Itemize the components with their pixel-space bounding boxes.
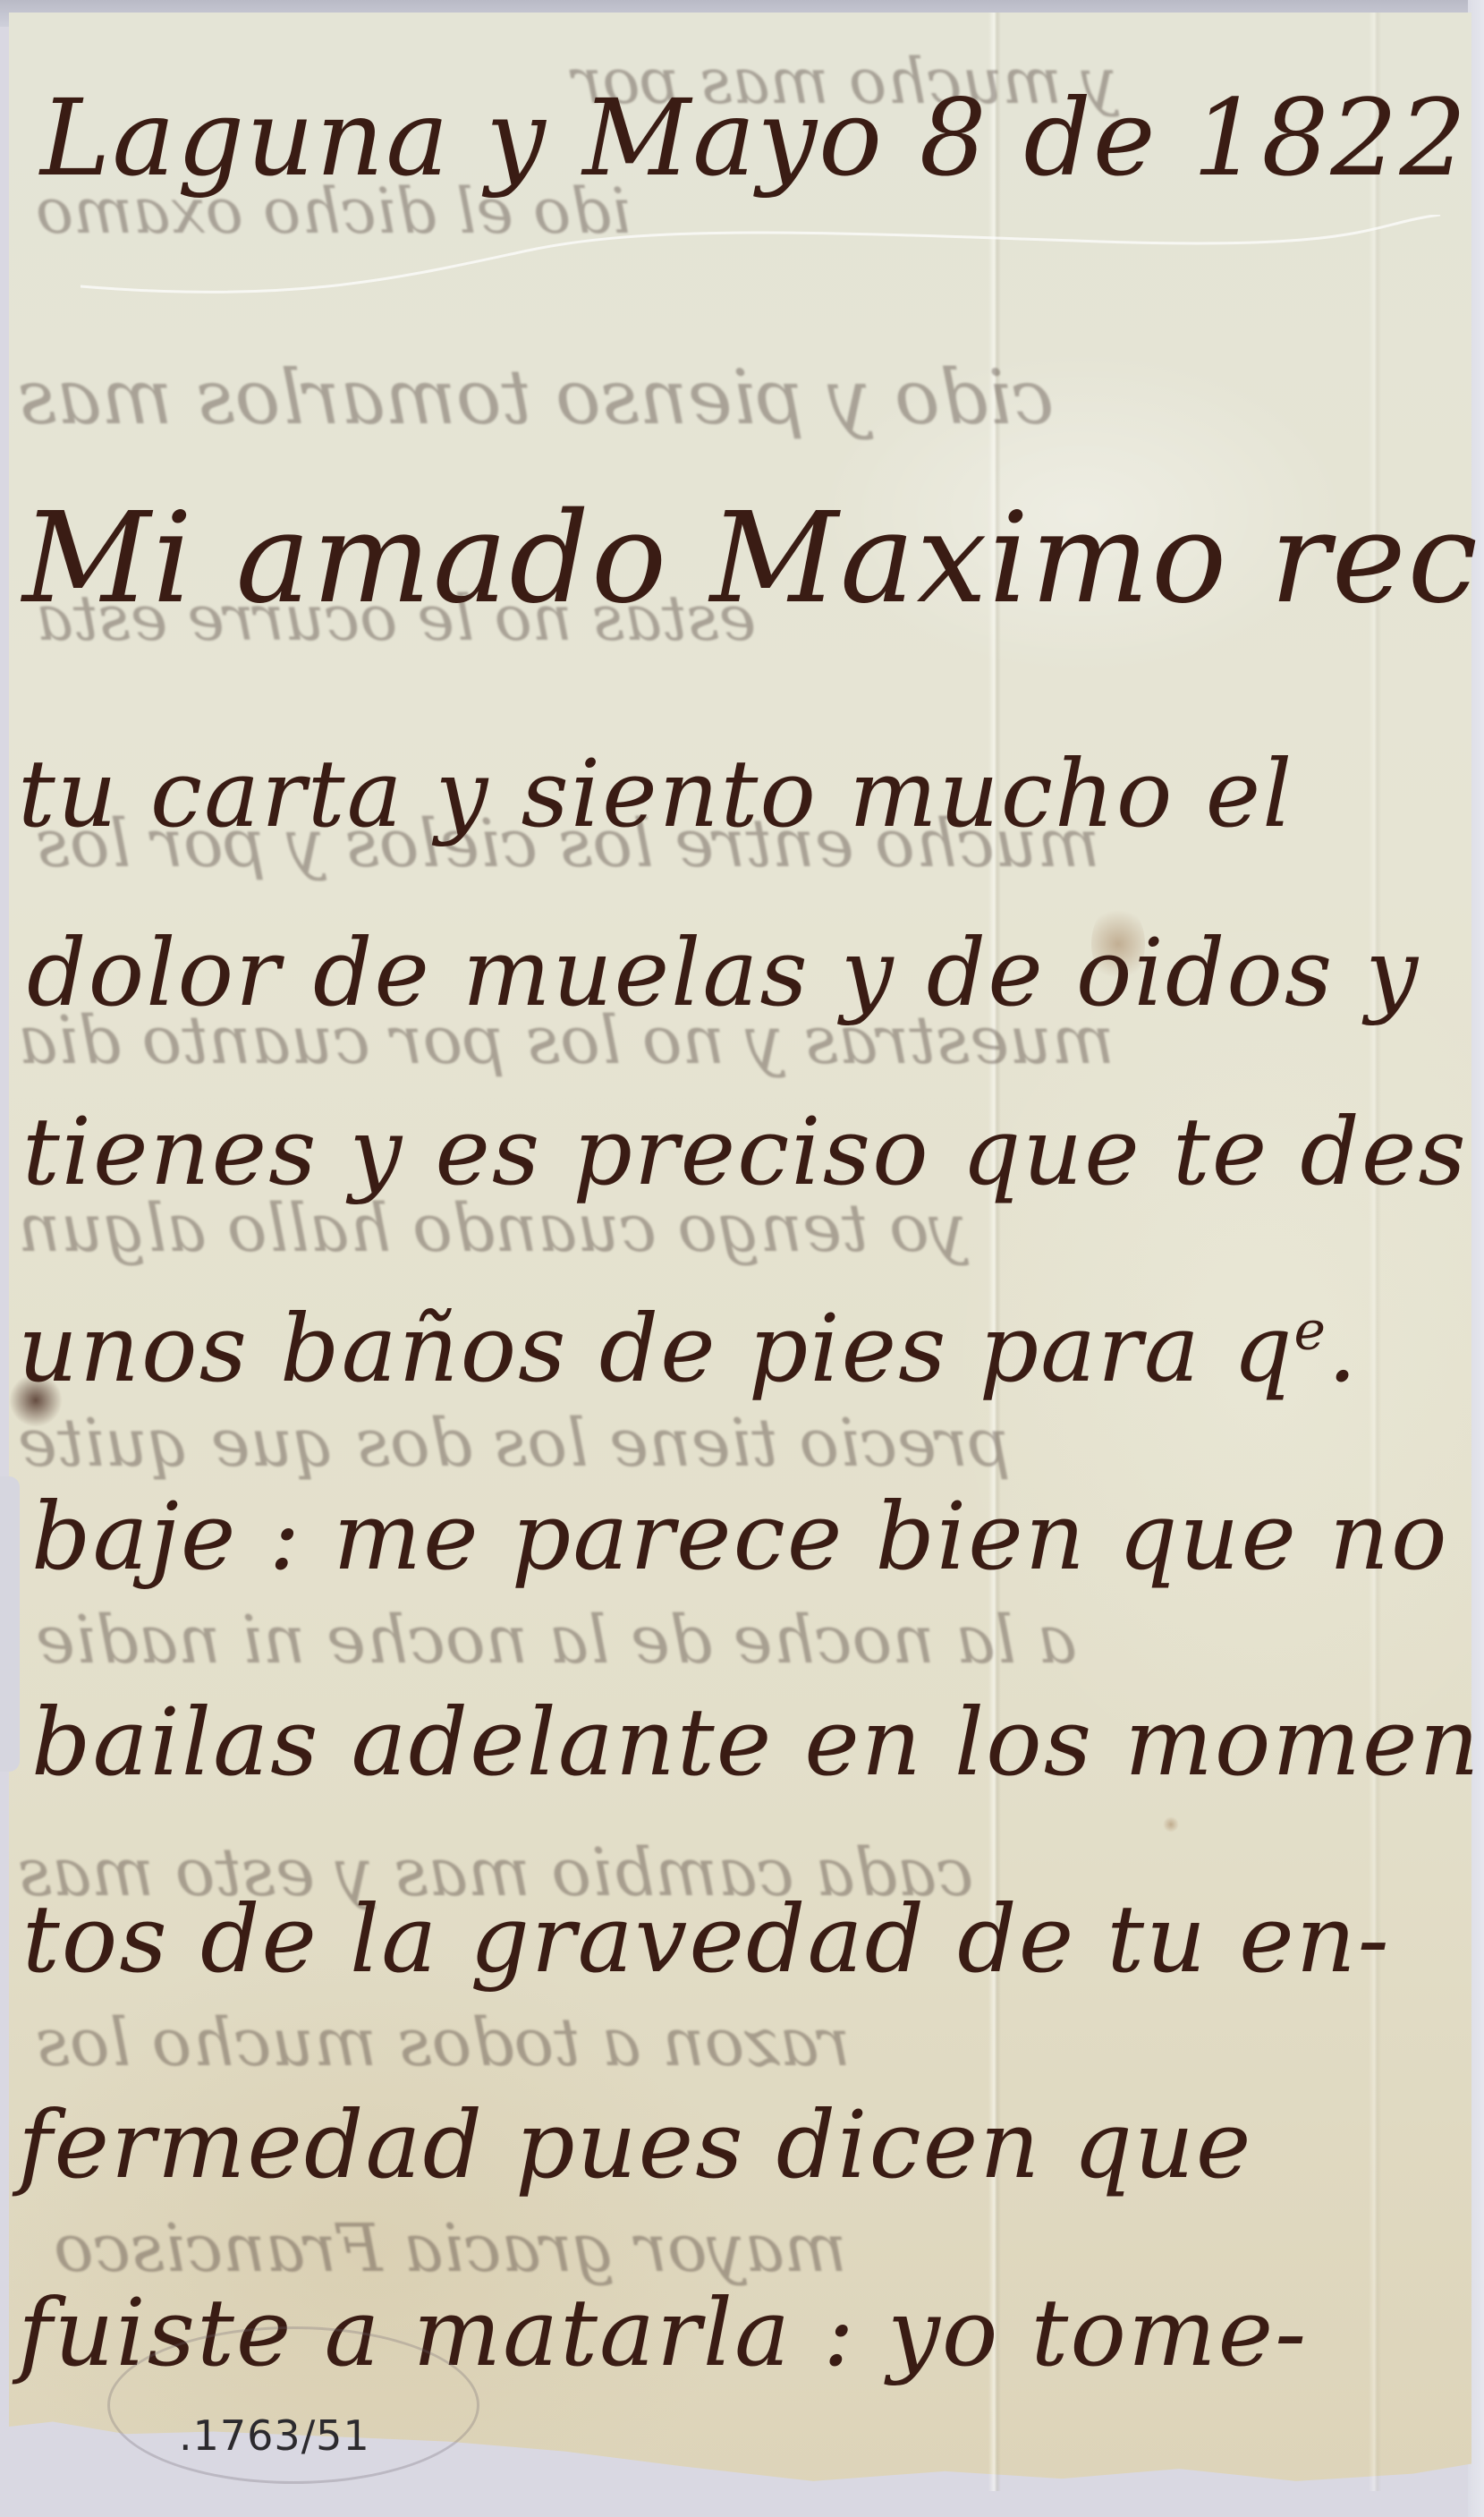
- letter-line: fermedad pues dicen que: [18, 2098, 1252, 2191]
- archive-catalog-number: .1763/51: [179, 2411, 370, 2460]
- letter-line: bailas adelante en los momen-: [31, 1696, 1484, 1789]
- letter-line: tu carta y siento mucho el: [18, 747, 1293, 840]
- letter-salutation: Mi amado Maximo recibi: [22, 497, 1484, 622]
- abbreviation-dot: .: [1327, 1294, 1359, 1403]
- bleed-through-text: a la noche de la noche ni nadie: [36, 1602, 1077, 1679]
- heading-place: Laguna: [40, 76, 451, 200]
- bleed-through-text: cido y pienso tomarlos mas: [18, 353, 1054, 441]
- abbreviation-superscript: e: [1294, 1299, 1328, 1362]
- bleed-through-text: razon a todos mucho los: [36, 2004, 851, 2081]
- vertical-fold-line-right: [1369, 13, 1381, 2491]
- letter-line-text: unos baños de pies para q: [18, 1294, 1294, 1403]
- letter-line: tos de la gravedad de tu en-: [22, 1892, 1391, 1986]
- letter-heading: Laguna y Mayo 8 de 1822: [40, 85, 1468, 191]
- letter-line: baje : me parece bien que no: [31, 1490, 1449, 1583]
- letter-line: tienes y es preciso que te des: [22, 1105, 1468, 1198]
- letter-line: dolor de muelas y de oidos y: [27, 926, 1420, 1019]
- bleed-through-text: mayor gracia Francisco: [54, 2210, 847, 2287]
- bleed-through-text: precio tiene los dos que quite: [18, 1405, 1011, 1482]
- faint-stamp-outline: [107, 2326, 479, 2484]
- heading-date: y Mayo 8 de 1822: [486, 76, 1468, 200]
- letter-line: unos baños de pies para qe.: [18, 1302, 1359, 1395]
- paper-edge-notch: [0, 1476, 20, 1772]
- paper-spot: [1163, 1816, 1179, 1832]
